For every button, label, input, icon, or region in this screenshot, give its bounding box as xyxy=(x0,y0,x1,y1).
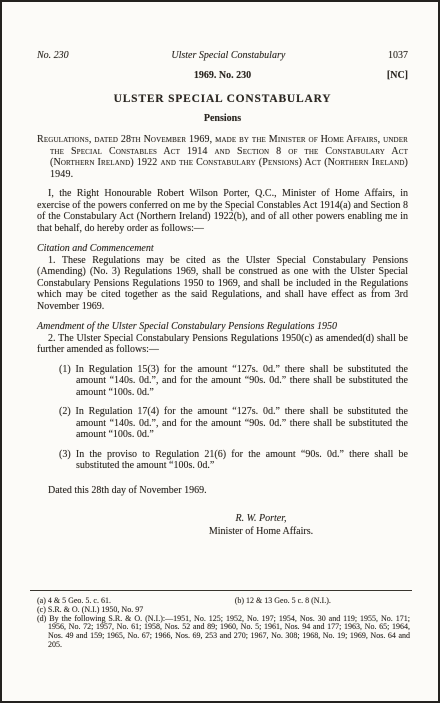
amendment-item-1: (1) In Regulation 15(3) for the amount “… xyxy=(59,364,408,399)
dated-line: Dated this 28th day of November 1969. xyxy=(37,485,408,497)
scanned-document-page: No. 230 Ulster Special Constabulary 1037… xyxy=(0,0,440,703)
page-number: 1037 xyxy=(388,50,408,62)
preamble-paragraph: Regulations, dated 28th November 1969, m… xyxy=(37,134,408,180)
issue-line: 1969. No. 230 [NC] xyxy=(37,70,408,82)
section-body-citation: 1. These Regulations may be cited as the… xyxy=(37,255,408,313)
signature-name: R. W. Porter, xyxy=(156,512,366,525)
running-head-number: No. 230 xyxy=(37,50,69,62)
amendment-item-2: (2) In Regulation 17(4) for the amount “… xyxy=(59,406,408,441)
section-heading-amendment: Amendment of the Ulster Special Constabu… xyxy=(37,321,408,333)
running-head: No. 230 Ulster Special Constabulary 1037 xyxy=(37,50,408,62)
footnote-d: (d) By the following S.R. & O. (N.I.):—1… xyxy=(37,615,410,650)
document-subtitle: Pensions xyxy=(37,113,408,125)
footnote-divider xyxy=(30,590,412,591)
issue-number: 1969. No. 230 xyxy=(194,70,251,81)
running-head-title: Ulster Special Constabulary xyxy=(171,50,285,62)
footnote-b: (b) 12 & 13 Geo. 5 c. 8 (N.I.). xyxy=(235,597,331,606)
signature-title: Minister of Home Affairs. xyxy=(156,525,366,538)
signature-block: R. W. Porter, Minister of Home Affairs. xyxy=(156,512,366,538)
amendment-item-3: (3) In the proviso to Regulation 21(6) f… xyxy=(59,449,408,472)
nc-mark: [NC] xyxy=(387,70,408,82)
intro-paragraph: I, the Right Honourable Robert Wilson Po… xyxy=(37,188,408,234)
document-title: ULSTER SPECIAL CONSTABULARY xyxy=(37,93,408,105)
section-body-amendment: 2. The Ulster Special Constabulary Pensi… xyxy=(37,333,408,356)
footnotes: (a) 4 & 5 Geo. 5. c. 61. (b) 12 & 13 Geo… xyxy=(37,597,410,650)
section-heading-citation: Citation and Commencement xyxy=(37,243,408,255)
